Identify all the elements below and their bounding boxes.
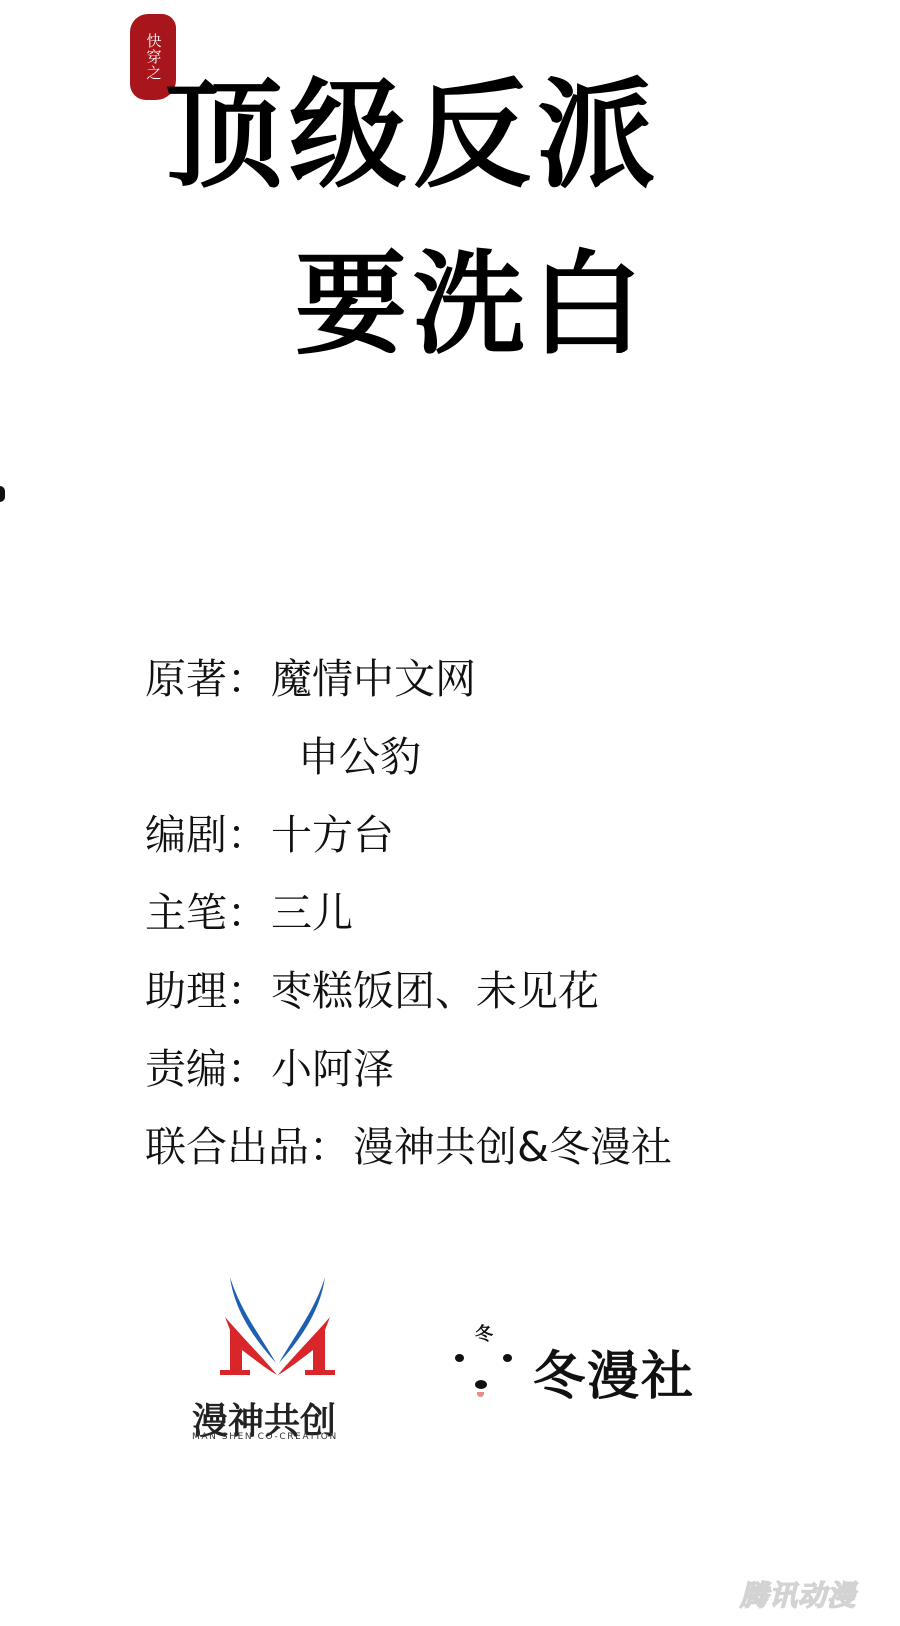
credit-value: 漫神共创&冬漫社 [353, 1108, 672, 1186]
credit-row-screenwriter: 编剧 ： 十方台 [145, 796, 672, 874]
manshen-subtitle: MAN SHEN CO-CREATION [192, 1432, 338, 1442]
dog-nose-icon [475, 1380, 487, 1389]
credit-colon: ： [227, 640, 271, 718]
credit-label: 助理 [145, 952, 227, 1030]
credit-row-original: 原著 ： 魔情中文网 [145, 640, 672, 718]
credit-row-original-2: 申公豹 [145, 718, 672, 796]
credit-value: 三儿 [271, 874, 353, 952]
manshen-m-icon [190, 1275, 365, 1390]
comic-title: 顶级反派 要洗白 [165, 60, 725, 390]
credit-colon: ： [227, 1030, 271, 1108]
title-line-2: 要洗白 [295, 235, 649, 375]
credit-value: 魔情中文网 [271, 640, 476, 718]
title-line-1: 顶级反派 [165, 60, 661, 210]
manshen-logo: 漫神共创 MAN SHEN CO-CREATION [190, 1275, 365, 1440]
credit-row-co-producer: 联合出品 ： 漫神共创&冬漫社 [145, 1108, 672, 1186]
credit-value: 申公豹 [298, 718, 421, 796]
dongman-name: 冬漫社 [533, 1334, 695, 1409]
credit-row-assistant: 助理 ： 枣糕饭团、未见花 [145, 952, 672, 1030]
credit-label: 原著 [145, 640, 227, 718]
credit-value: 枣糕饭团、未见花 [271, 952, 599, 1030]
dog-eye-left-icon [455, 1354, 464, 1362]
dongman-logo: 冬 冬漫社 [445, 1320, 715, 1410]
dog-eye-right-icon [503, 1354, 512, 1362]
dog-tongue-icon [477, 1392, 484, 1397]
credit-row-editor: 责编 ： 小阿泽 [145, 1030, 672, 1108]
credit-colon: ： [309, 1108, 353, 1186]
credits-list: 原著 ： 魔情中文网 申公豹 编剧 ： 十方台 主笔 ： 三儿 助理 ： 枣糕饭… [145, 640, 672, 1186]
credit-value: 小阿泽 [271, 1030, 394, 1108]
credit-label: 联合出品 [145, 1108, 309, 1186]
seal-text: 快穿之 [145, 33, 162, 81]
edge-mark [0, 486, 5, 502]
tencent-comic-watermark: 腾讯动漫 [740, 1574, 856, 1614]
credit-colon: ： [227, 952, 271, 1030]
credit-colon: ： [227, 874, 271, 952]
credit-label: 责编 [145, 1030, 227, 1108]
credit-row-lead-artist: 主笔 ： 三儿 [145, 874, 672, 952]
dongman-small-mark: 冬 [475, 1320, 493, 1346]
credit-label: 主笔 [145, 874, 227, 952]
credit-label: 编剧 [145, 796, 227, 874]
credit-value: 十方台 [271, 796, 394, 874]
credit-colon: ： [227, 796, 271, 874]
